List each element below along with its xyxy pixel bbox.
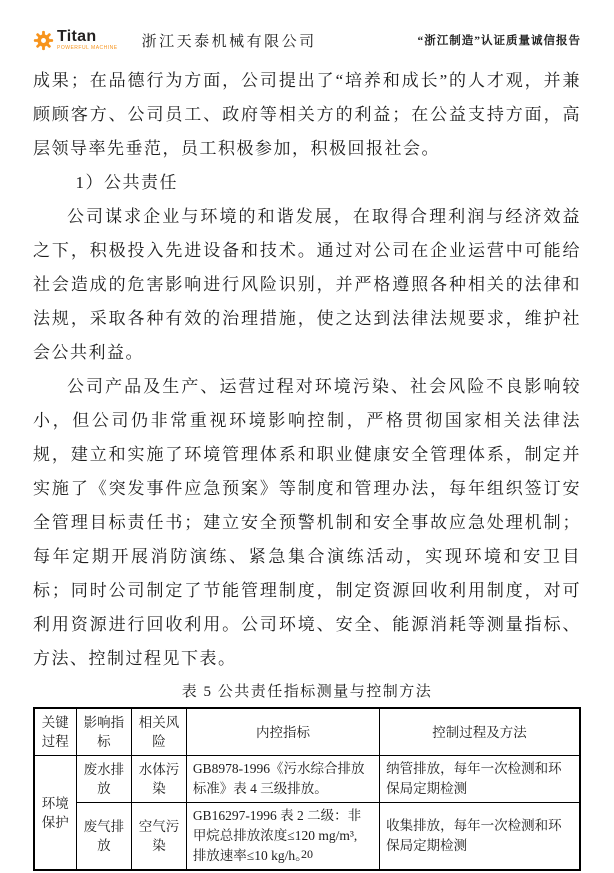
paragraph-continuation: 成果；在品德行为方面，公司提出了“培养和成长”的人才观，并兼顾顾客方、公司员工、… [33, 64, 581, 166]
col-header-impact-indicator: 影响指标 [76, 708, 132, 756]
table-row-wastewater: 环境保护 废水排放 水体污染 GB8978-1996《污水综合排放标准》表 4 … [34, 756, 580, 803]
col-header-internal-control: 内控指标 [186, 708, 379, 756]
document-body: 成果；在品德行为方面，公司提出了“培养和成长”的人才观，并兼顾顾客方、公司员工、… [33, 64, 581, 871]
report-title: “浙江制造”认证质量诚信报告 [418, 32, 582, 48]
paragraph-environment-control: 公司产品及生产、运营过程对环境污染、社会风险不良影响较小，但公司仍非常重视环境影… [33, 370, 581, 676]
logo-text: Titan POWERFUL MACHINE [57, 29, 118, 51]
titan-logo: Titan POWERFUL MACHINE [33, 29, 118, 51]
report-page: Titan POWERFUL MACHINE 浙江天泰机械有限公司 “浙江制造”… [0, 0, 614, 873]
logo-brand-text: Titan [57, 29, 118, 45]
cell-control: 纳管排放，每年一次检测和环保局定期检测 [380, 756, 580, 803]
table-header-row: 关键过程 影响指标 相关风险 内控指标 控制过程及方法 [34, 708, 580, 756]
cell-indicator: GB8978-1996《污水综合排放标准》表 4 三级排放。 [186, 756, 379, 803]
col-header-key-process: 关键过程 [34, 708, 76, 756]
logo-tagline-text: POWERFUL MACHINE [57, 46, 118, 51]
col-header-control-method: 控制过程及方法 [380, 708, 580, 756]
cell-impact: 废水排放 [76, 756, 132, 803]
company-name: 浙江天泰机械有限公司 [142, 30, 317, 51]
table-caption: 表 5 公共责任指标测量与控制方法 [33, 679, 581, 705]
col-header-related-risk: 相关风险 [132, 708, 187, 756]
page-header: Titan POWERFUL MACHINE 浙江天泰机械有限公司 “浙江制造”… [33, 25, 581, 55]
cell-risk: 水体污染 [132, 756, 187, 803]
page-number: 20 [0, 847, 614, 862]
section-heading: 1）公共责任 [33, 166, 581, 200]
gear-icon [33, 30, 54, 51]
paragraph-public-responsibility: 公司谋求企业与环境的和谐发展，在取得合理利润与经济效益之下，积极投入先进设备和技… [33, 200, 581, 370]
